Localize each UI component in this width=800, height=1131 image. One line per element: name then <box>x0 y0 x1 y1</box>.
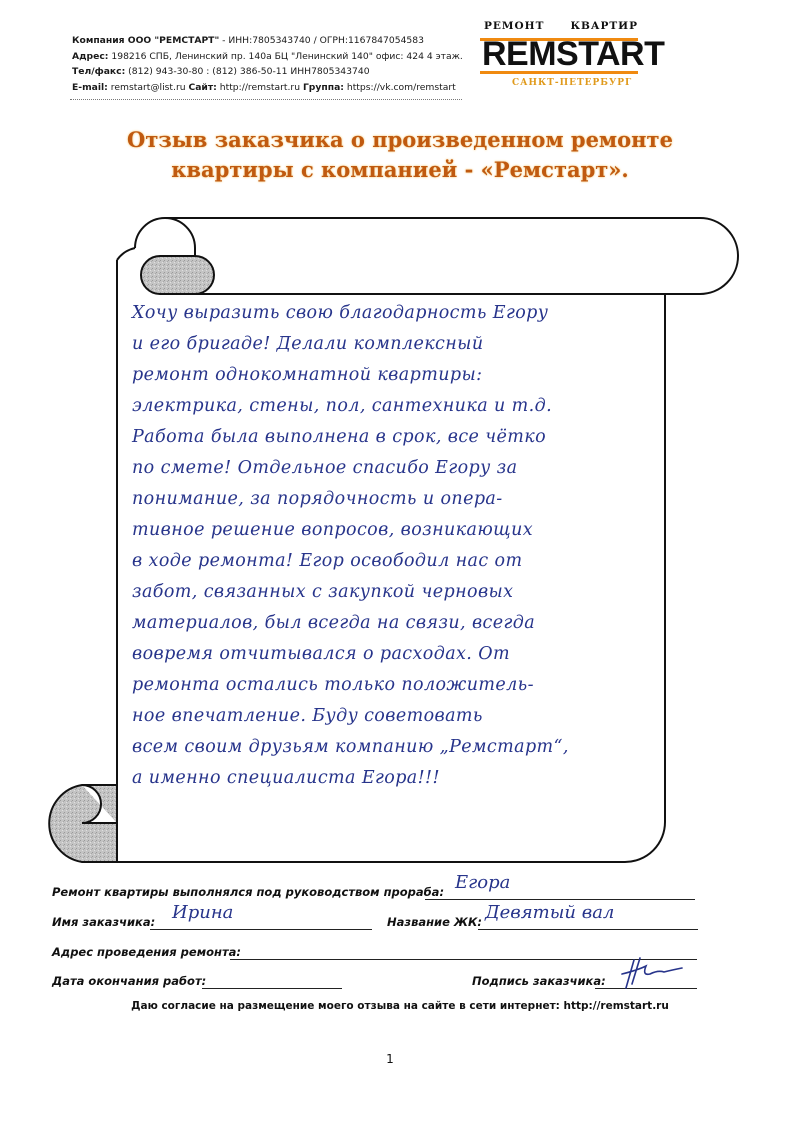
repair-address-label: Адрес проведения ремонта: <box>52 945 241 959</box>
customer-name-label: Имя заказчика: <box>52 915 155 929</box>
page-number: 1 <box>0 1052 780 1066</box>
completion-date-label: Дата окончания работ: <box>52 974 206 988</box>
customer-signature-icon <box>612 954 692 990</box>
review-line: и его бригаде! Делали комплексный <box>132 329 652 360</box>
publication-consent: Даю согласие на размещение моего отзыва … <box>0 1000 800 1012</box>
foreman-value: Егора <box>455 872 510 893</box>
review-line: ное впечатление. Буду советовать <box>132 701 652 732</box>
review-line: электрика, стены, пол, сантехника и т.д. <box>132 391 652 422</box>
customer-name-value: Ирина <box>172 902 233 923</box>
foreman-field[interactable] <box>425 899 695 900</box>
review-line: Работа была выполнена в срок, все чётко <box>132 422 652 453</box>
complex-name-label: Название ЖК: <box>387 915 482 929</box>
complex-name-field[interactable] <box>478 929 698 930</box>
review-line: понимание, за порядочность и опера- <box>132 484 652 515</box>
review-line: ремонта остались только положитель- <box>132 670 652 701</box>
review-line: ремонт однокомнатной квартиры: <box>132 360 652 391</box>
review-line: а именно специалиста Егора!!! <box>132 763 652 794</box>
review-line: по смете! Отдельное спасибо Егору за <box>132 453 652 484</box>
review-text: Хочу выразить свою благодарность Егору и… <box>132 298 652 794</box>
review-line: в ходе ремонта! Егор освободил нас от <box>132 546 652 577</box>
signature-label: Подпись заказчика: <box>472 974 606 988</box>
review-line: материалов, был всегда на связи, всегда <box>132 608 652 639</box>
completion-date-field[interactable] <box>202 988 342 989</box>
review-line: всем своим друзьям компанию „Ремстарт“, <box>132 732 652 763</box>
review-line: тивное решение вопросов, возникающих <box>132 515 652 546</box>
review-line: забот, связанных с закупкой черновых <box>132 577 652 608</box>
review-line: Хочу выразить свою благодарность Егору <box>132 298 652 329</box>
complex-name-value: Девятый вал <box>485 902 614 923</box>
foreman-label: Ремонт квартиры выполнялся под руководст… <box>52 885 444 899</box>
review-line: вовремя отчитывался о расходах. От <box>132 639 652 670</box>
customer-name-field[interactable] <box>150 929 372 930</box>
